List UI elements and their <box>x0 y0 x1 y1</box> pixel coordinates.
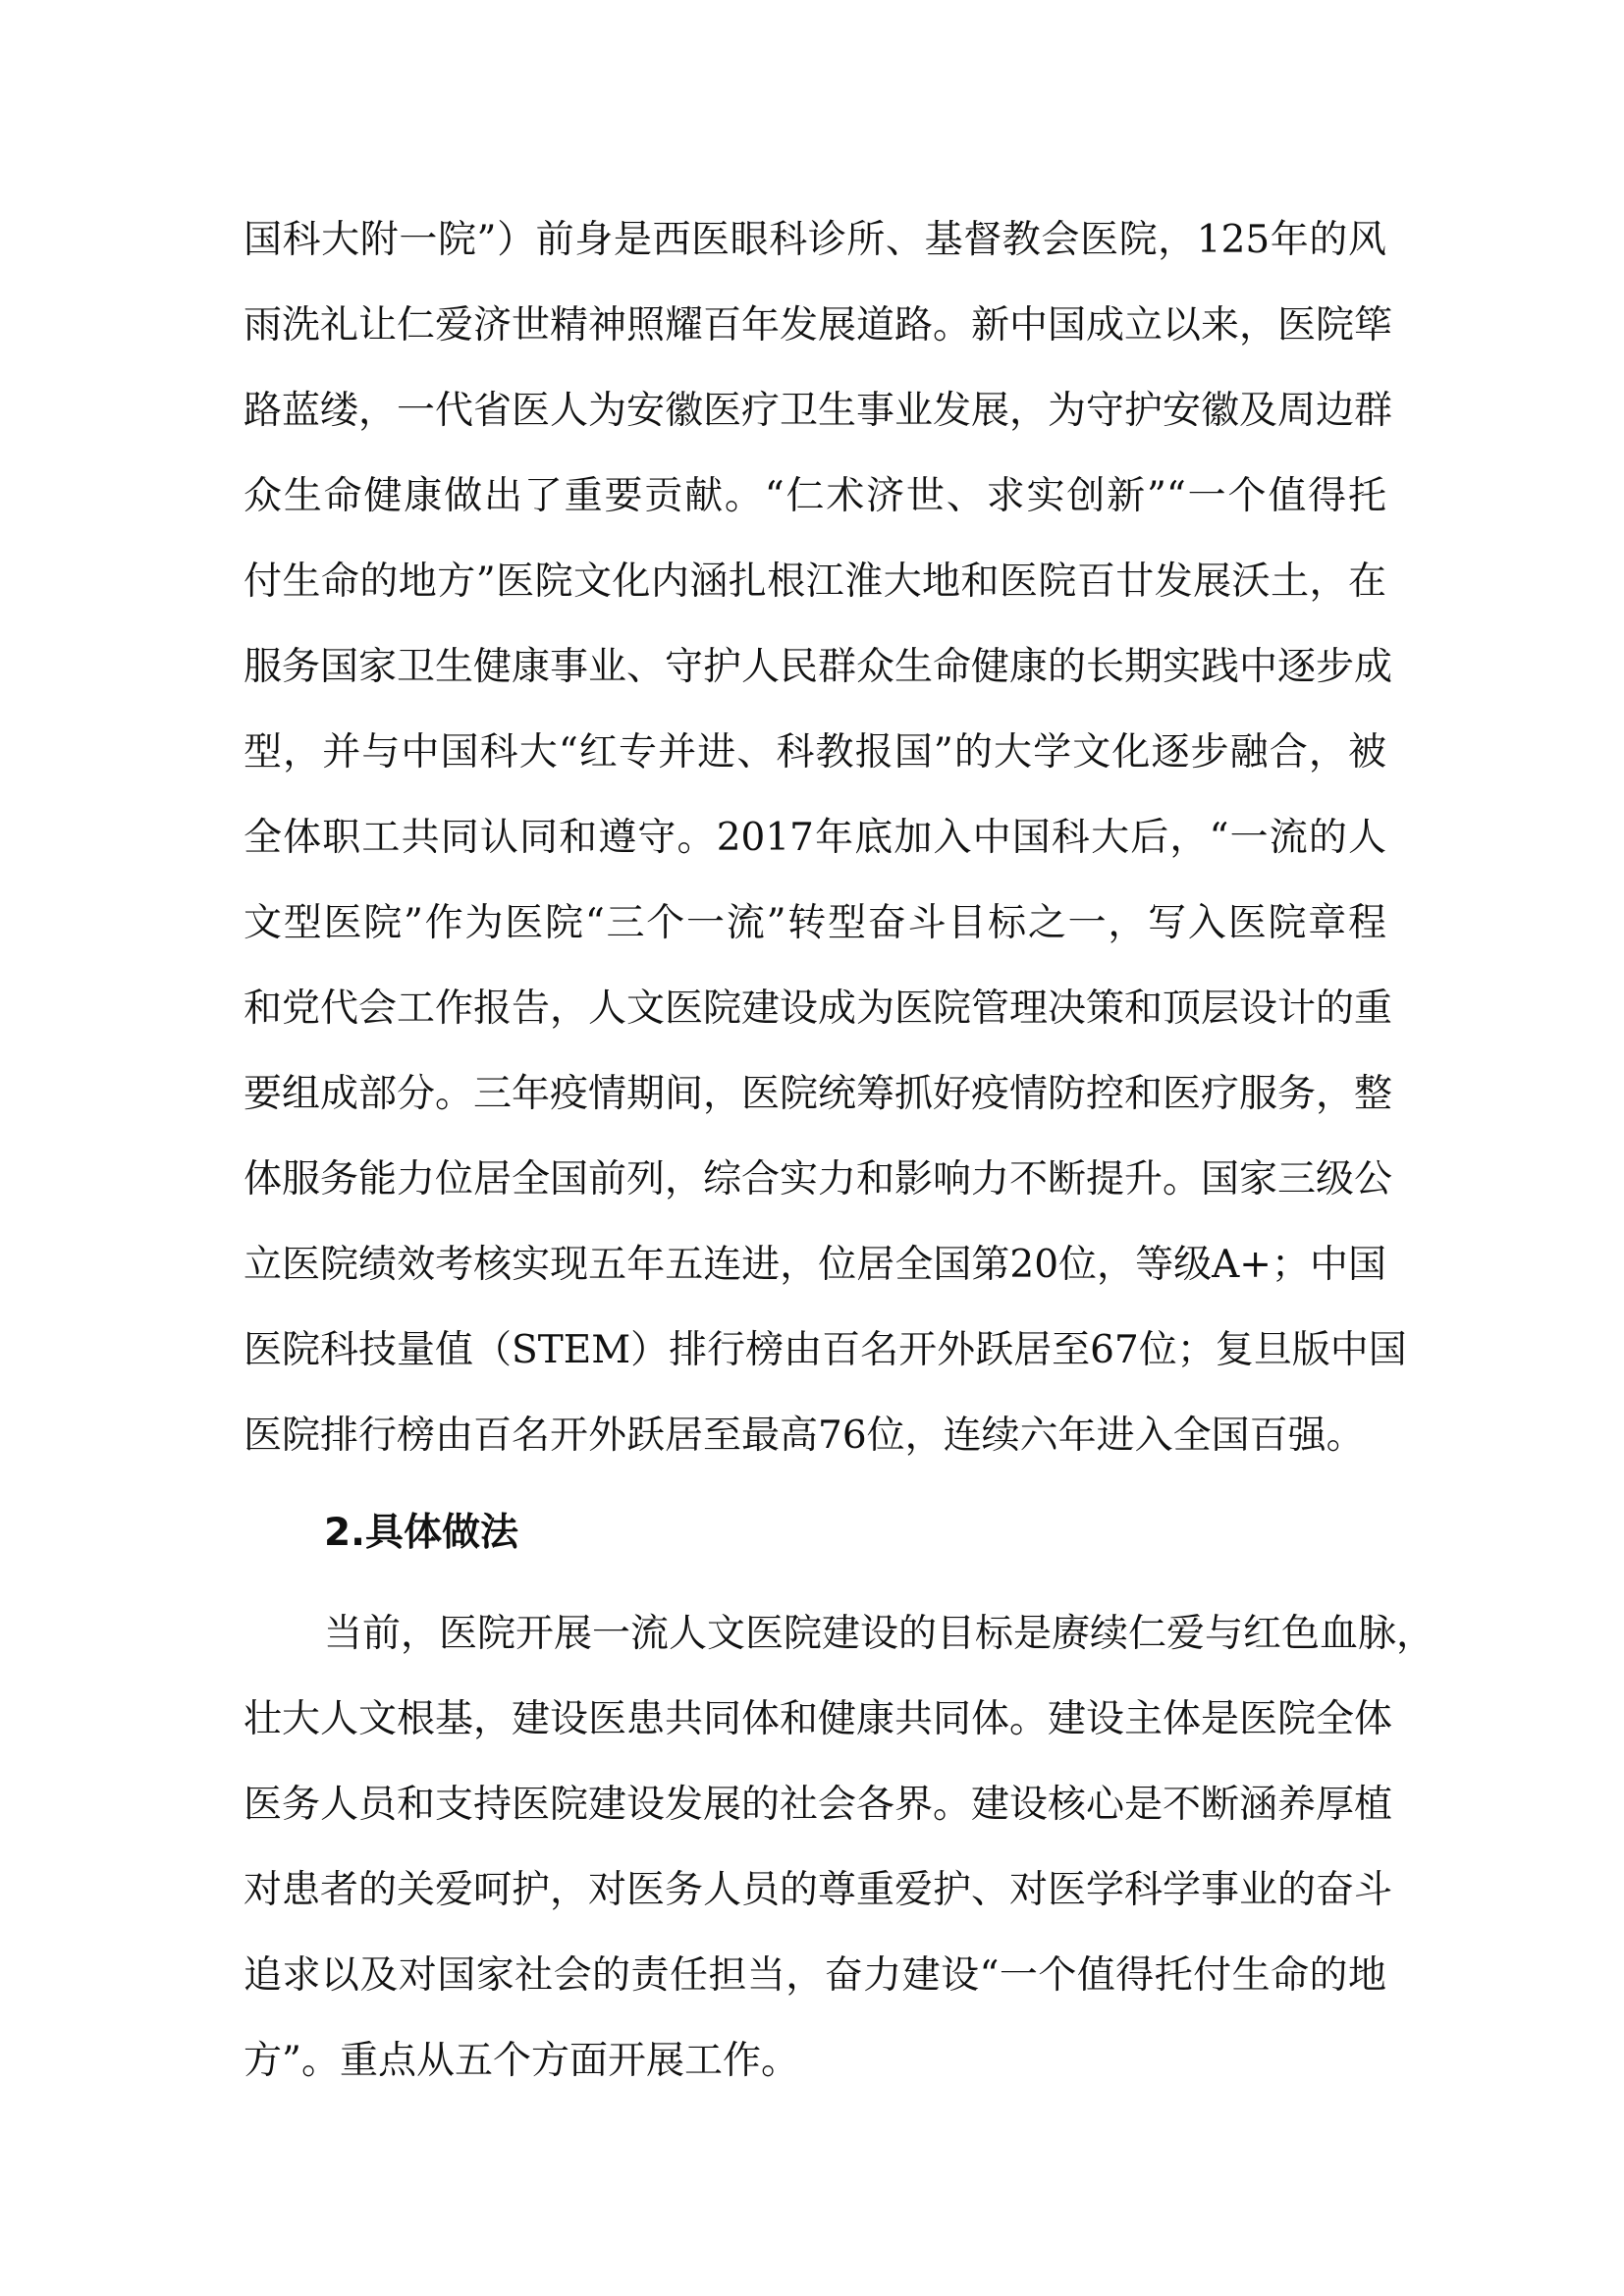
section-heading: 2.具体做法 <box>324 1504 518 1563</box>
paragraph-line: 医院科技量值（STEM）排行榜由百名开外跃居至67位；复旦版中国 <box>244 1321 1386 1380</box>
paragraph-line: 方”。重点从五个方面开展工作。 <box>244 2032 1386 2091</box>
paragraph-line: 全体职工共同认同和遵守。2017年底加入中国科大后，“一流的人 <box>244 809 1386 868</box>
paragraph-line: 壮大人文根基，建设医患共同体和健康共同体。建设主体是医院全体 <box>244 1690 1386 1749</box>
paragraph-line: 当前，医院开展一流人文医院建设的目标是赓续仁爱与红色血脉， <box>324 1605 1386 1664</box>
paragraph-line: 医务人员和支持医院建设发展的社会各界。建设核心是不断涵养厚植 <box>244 1776 1386 1835</box>
paragraph-line: 和党代会工作报告，人文医院建设成为医院管理决策和顶层设计的重 <box>244 980 1386 1039</box>
paragraph-line: 文型医院”作为医院“三个一流”转型奋斗目标之一，写入医院章程 <box>244 894 1386 953</box>
paragraph-line: 路蓝缕，一代省医人为安徽医疗卫生事业发展，为守护安徽及周边群 <box>244 382 1386 441</box>
paragraph-line: 众生命健康做出了重要贡献。“仁术济世、求实创新”“一个值得托 <box>244 467 1386 526</box>
paragraph-line: 雨洗礼让仁爱济世精神照耀百年发展道路。新中国成立以来，医院筚 <box>244 296 1386 355</box>
paragraph-line: 医院排行榜由百名开外跃居至最高76位，连续六年进入全国百强。 <box>244 1407 1386 1466</box>
paragraph-line: 服务国家卫生健康事业、守护人民群众生命健康的长期实践中逐步成 <box>244 638 1386 697</box>
paragraph-line: 要组成部分。三年疫情期间，医院统筹抓好疫情防控和医疗服务，整 <box>244 1065 1386 1124</box>
paragraph-line: 体服务能力位居全国前列，综合实力和影响力不断提升。国家三级公 <box>244 1150 1386 1209</box>
paragraph-line: 付生命的地方”医院文化内涵扎根江淮大地和医院百廿发展沃土，在 <box>244 553 1386 612</box>
paragraph-line: 国科大附一院”）前身是西医眼科诊所、基督教会医院，125年的风 <box>244 211 1386 270</box>
document-page: 国科大附一院”）前身是西医眼科诊所、基督教会医院，125年的风 雨洗礼让仁爱济世… <box>0 0 1624 2296</box>
paragraph-line: 型，并与中国科大“红专并进、科教报国”的大学文化逐步融合，被 <box>244 723 1386 782</box>
paragraph-line: 立医院绩效考核实现五年五连进，位居全国第20位，等级A+；中国 <box>244 1236 1386 1295</box>
paragraph-line: 追求以及对国家社会的责任担当，奋力建设“一个值得托付生命的地 <box>244 1947 1386 2005</box>
paragraph-line: 对患者的关爱呵护，对医务人员的尊重爱护、对医学科学事业的奋斗 <box>244 1861 1386 1920</box>
